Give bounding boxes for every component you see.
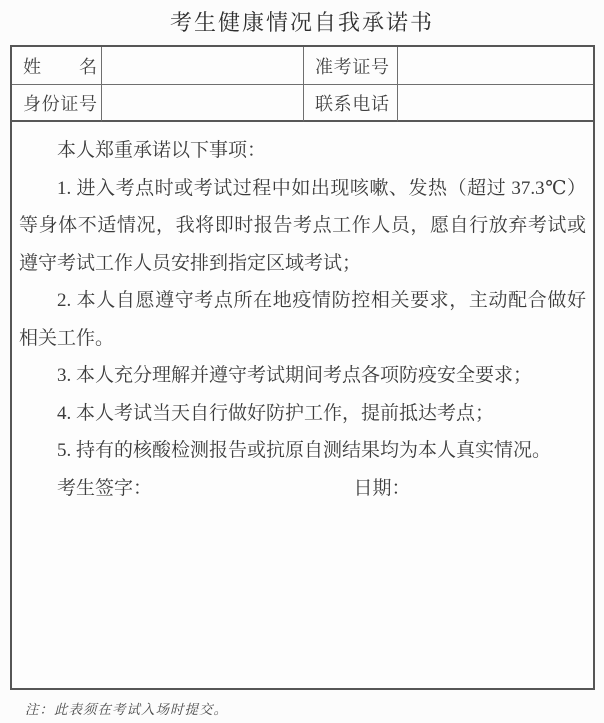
health-commitment-form: 姓 名 准考证号 身份证号 联系电话 本人郑重承诺以下事项： 1. 进入考点时或… <box>10 45 595 690</box>
name-value-cell <box>102 47 304 85</box>
id-number-label-cell: 身份证号 <box>12 85 102 122</box>
name-label: 姓 名 <box>23 53 97 79</box>
phone-value-cell <box>398 85 593 122</box>
commitment-item-3: 3. 本人充分理解并遵守考试期间考点各项防疫安全要求； <box>19 357 586 395</box>
admission-ticket-label-cell: 准考证号 <box>304 47 398 85</box>
page-title: 考生健康情况自我承诺书 <box>0 6 604 37</box>
admission-ticket-value-cell <box>398 47 593 85</box>
commitment-item-5: 5. 持有的核酸检测报告或抗原自测结果均为本人真实情况。 <box>19 432 586 470</box>
examinee-signature-label: 考生签字： <box>57 478 152 499</box>
commitment-intro: 本人郑重承诺以下事项： <box>19 132 586 170</box>
phone-label: 联系电话 <box>315 90 389 116</box>
id-number-value-cell <box>102 85 304 122</box>
phone-label-cell: 联系电话 <box>304 85 398 122</box>
name-label-cell: 姓 名 <box>12 47 102 85</box>
document-page: 考生健康情况自我承诺书 姓 名 准考证号 身份证号 联系电话 本人郑重承诺以下事… <box>0 0 604 723</box>
commitment-item-4: 4. 本人考试当天自行做好防护工作，提前抵达考点； <box>19 395 586 433</box>
signature-line: 考生签字： 日期： <box>19 470 586 508</box>
commitment-item-1: 1. 进入考点时或考试过程中如出现咳嗽、发热（超过 37.3℃）等身体不适情况，… <box>19 170 586 283</box>
id-number-label: 身份证号 <box>23 90 97 116</box>
commitment-item-2: 2. 本人自愿遵守考点所在地疫情防控相关要求，主动配合做好相关工作。 <box>19 282 586 357</box>
date-label: 日期： <box>354 478 411 499</box>
commitment-body: 本人郑重承诺以下事项： 1. 进入考点时或考试过程中如出现咳嗽、发热（超过 37… <box>12 122 593 688</box>
admission-ticket-label: 准考证号 <box>315 53 389 79</box>
submission-note: 注：此表须在考试入场时提交。 <box>25 698 228 718</box>
